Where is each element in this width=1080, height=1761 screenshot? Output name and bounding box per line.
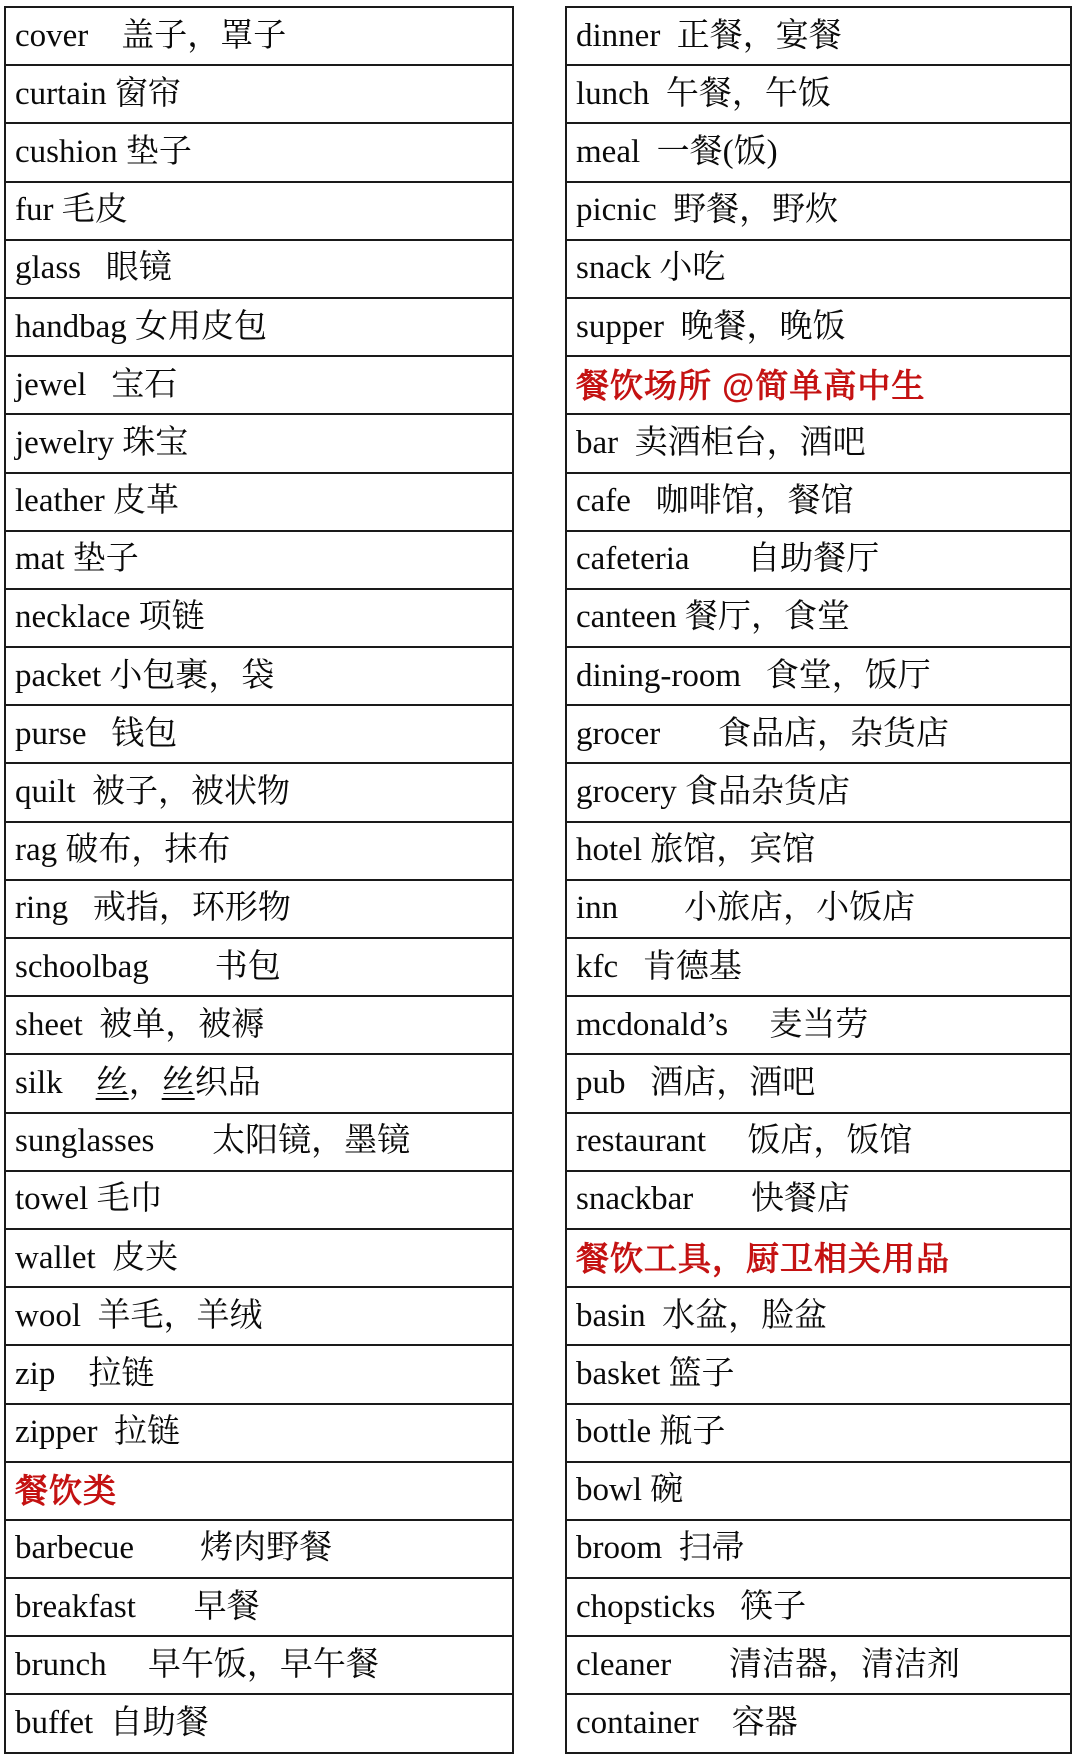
vocab-row: silk 丝，丝织品 xyxy=(6,1055,512,1113)
vocab-row: broom 扫帚 xyxy=(567,1521,1070,1579)
section-header-text: 餐饮类 xyxy=(15,1474,117,1507)
vocab-entry-text: packet 小包裹，袋 xyxy=(15,660,274,693)
vocab-row: cover 盖子，罩子 xyxy=(6,8,512,66)
vocab-entry-text: container 容器 xyxy=(576,1707,798,1740)
vocab-row: sunglasses 太阳镜，墨镜 xyxy=(6,1114,512,1172)
vocab-row: barbecue 烤肉野餐 xyxy=(6,1521,512,1579)
vocab-row: schoolbag 书包 xyxy=(6,939,512,997)
vocab-row: cushion 垫子 xyxy=(6,124,512,182)
vocab-entry-text: basket 篮子 xyxy=(576,1358,735,1391)
vocab-row: jewel 宝石 xyxy=(6,357,512,415)
vocab-entry-text: dining-room 食堂，饭厅 xyxy=(576,660,931,693)
vocab-row: quilt 被子，被状物 xyxy=(6,764,512,822)
vocab-row: grocery 食品杂货店 xyxy=(567,764,1070,822)
vocab-entry-text: leather 皮革 xyxy=(15,485,179,518)
vocab-entry-text: zipper 拉链 xyxy=(15,1416,180,1449)
vocab-row: leather 皮革 xyxy=(6,474,512,532)
vocab-entry-text: ring 戒指，环形物 xyxy=(15,892,291,925)
vocab-row: zipper 拉链 xyxy=(6,1405,512,1463)
vocab-entry-text: cafe 咖啡馆，餐馆 xyxy=(576,485,854,518)
vocab-entry-text: bottle 瓶子 xyxy=(576,1416,725,1449)
vocab-row: dining-room 食堂，饭厅 xyxy=(567,648,1070,706)
vocab-entry-text: cushion 垫子 xyxy=(15,136,192,169)
vocab-row: hotel 旅馆，宾馆 xyxy=(567,823,1070,881)
vocab-entry-text: jewelry 珠宝 xyxy=(15,427,188,460)
vocab-entry-text: glass 眼镜 xyxy=(15,252,172,285)
vocab-row: dinner 正餐，宴餐 xyxy=(567,8,1070,66)
section-header-row: 餐饮场所 @简单高中生 xyxy=(567,357,1070,415)
vocab-row: ring 戒指，环形物 xyxy=(6,881,512,939)
vocab-entry-text: jewel 宝石 xyxy=(15,369,177,402)
vocab-row: zip 拉链 xyxy=(6,1346,512,1404)
vocab-row: towel 毛巾 xyxy=(6,1172,512,1230)
vocab-entry-text: buffet 自助餐 xyxy=(15,1707,209,1740)
vocab-row: fur 毛皮 xyxy=(6,183,512,241)
vocab-entry-text: chopsticks 筷子 xyxy=(576,1591,806,1624)
vocab-entry-text: picnic 野餐，野炊 xyxy=(576,194,838,227)
vocab-row: wallet 皮夹 xyxy=(6,1230,512,1288)
vocab-entry-text: purse 钱包 xyxy=(15,718,177,751)
vocab-entry-text: sheet 被单，被褥 xyxy=(15,1009,264,1042)
vocab-row: inn 小旅店，小饭店 xyxy=(567,881,1070,939)
vocab-row: basin 水盆，脸盆 xyxy=(567,1288,1070,1346)
section-header-text: 餐饮工具，厨卫相关用品 xyxy=(576,1242,950,1275)
vocab-entry-text: grocer 食品店，杂货店 xyxy=(576,718,949,751)
vocab-entry-text: inn 小旅店，小饭店 xyxy=(576,892,915,925)
vocab-entry-text: hotel 旅馆，宾馆 xyxy=(576,834,815,867)
vocab-entry-text: broom 扫帚 xyxy=(576,1532,745,1565)
vocab-row: snack 小吃 xyxy=(567,241,1070,299)
section-header-row: 餐饮类 xyxy=(6,1463,512,1521)
vocab-entry-text: snackbar 快餐店 xyxy=(576,1183,850,1216)
vocab-row: restaurant 饭店，饭馆 xyxy=(567,1114,1070,1172)
vocab-row: snackbar 快餐店 xyxy=(567,1172,1070,1230)
vocab-entry-text: cafeteria 自助餐厅 xyxy=(576,543,879,576)
vocab-entry-text: bowl 碗 xyxy=(576,1474,683,1507)
vocab-row: meal 一餐(饭) xyxy=(567,124,1070,182)
vocab-row: cafe 咖啡馆，餐馆 xyxy=(567,474,1070,532)
vocab-entry-text: kfc 肯德基 xyxy=(576,951,742,984)
vocab-entry-text: towel 毛巾 xyxy=(15,1183,163,1216)
vocab-row: breakfast 早餐 xyxy=(6,1579,512,1637)
vocab-row: purse 钱包 xyxy=(6,706,512,764)
vocab-row: supper 晚餐，晚饭 xyxy=(567,299,1070,357)
vocab-entry-text: cover 盖子，罩子 xyxy=(15,20,286,53)
vocab-row: container 容器 xyxy=(567,1695,1070,1753)
vocab-row: bowl 碗 xyxy=(567,1463,1070,1521)
vocab-entry-text: mat 垫子 xyxy=(15,543,139,576)
vocab-row: canteen 餐厅，食堂 xyxy=(567,590,1070,648)
vocab-entry-text: barbecue 烤肉野餐 xyxy=(15,1532,332,1565)
vocab-entry-text: necklace 项链 xyxy=(15,601,205,634)
vocab-row: sheet 被单，被褥 xyxy=(6,997,512,1055)
vocab-entry-text: meal 一餐(饭) xyxy=(576,136,778,169)
vocab-row: handbag 女用皮包 xyxy=(6,299,512,357)
vocab-row: chopsticks 筷子 xyxy=(567,1579,1070,1637)
vocab-row: basket 篮子 xyxy=(567,1346,1070,1404)
vocab-row: mcdonald’s 麦当劳 xyxy=(567,997,1070,1055)
vocab-entry-text: schoolbag 书包 xyxy=(15,951,281,984)
vocab-row: lunch 午餐，午饭 xyxy=(567,66,1070,124)
underlined-character: 丝 xyxy=(96,1065,129,1101)
vocab-entry-text: wool 羊毛，羊绒 xyxy=(15,1300,263,1333)
vocab-entry-text: snack 小吃 xyxy=(576,252,725,285)
vocab-entry-text: curtain 窗帘 xyxy=(15,78,181,111)
vocab-entry-text: brunch 早午饭，早午餐 xyxy=(15,1649,379,1682)
vocab-entry-text: pub 酒店，酒吧 xyxy=(576,1067,815,1100)
vocab-row: rag 破布，抹布 xyxy=(6,823,512,881)
vocab-row: cleaner 清洁器，清洁剂 xyxy=(567,1637,1070,1695)
vocab-entry-text: breakfast 早餐 xyxy=(15,1591,260,1624)
vocab-row: brunch 早午饭，早午餐 xyxy=(6,1637,512,1695)
vocab-entry-text: sunglasses 太阳镜，墨镜 xyxy=(15,1125,410,1158)
vocab-entry-text: canteen 餐厅，食堂 xyxy=(576,601,850,634)
vocab-row: picnic 野餐，野炊 xyxy=(567,183,1070,241)
vocab-row: wool 羊毛，羊绒 xyxy=(6,1288,512,1346)
vocab-entry-text: quilt 被子，被状物 xyxy=(15,776,290,809)
vocab-entry-text: supper 晚餐，晚饭 xyxy=(576,311,845,344)
vocab-row: curtain 窗帘 xyxy=(6,66,512,124)
vocab-entry-text: zip 拉链 xyxy=(15,1358,154,1391)
left-vocab-table: cover 盖子，罩子curtain 窗帘cushion 垫子fur 毛皮gla… xyxy=(4,6,514,1754)
vocab-row: kfc 肯德基 xyxy=(567,939,1070,997)
vocab-row: jewelry 珠宝 xyxy=(6,415,512,473)
section-header-row: 餐饮工具，厨卫相关用品 xyxy=(567,1230,1070,1288)
vocab-entry-text: dinner 正餐，宴餐 xyxy=(576,20,842,53)
right-vocab-table: dinner 正餐，宴餐lunch 午餐，午饭meal 一餐(饭)picnic … xyxy=(565,6,1072,1754)
vocab-entry-text: bar 卖酒柜台，酒吧 xyxy=(576,427,866,460)
vocab-entry-text: fur 毛皮 xyxy=(15,194,128,227)
section-header-text: 餐饮场所 @简单高中生 xyxy=(576,369,925,402)
vocab-entry-text: cleaner 清洁器，清洁剂 xyxy=(576,1649,960,1682)
vocab-entry-text: basin 水盆，脸盆 xyxy=(576,1300,827,1333)
vocab-row: buffet 自助餐 xyxy=(6,1695,512,1753)
vocab-row: mat 垫子 xyxy=(6,532,512,590)
vocab-row: necklace 项链 xyxy=(6,590,512,648)
vocab-entry-text: lunch 午餐，午饭 xyxy=(576,78,831,111)
vocab-entry-text: grocery 食品杂货店 xyxy=(576,776,850,809)
vocab-row: cafeteria 自助餐厅 xyxy=(567,532,1070,590)
vocab-row: bottle 瓶子 xyxy=(567,1405,1070,1463)
vocab-entry-text: silk 丝，丝织品 xyxy=(15,1067,261,1100)
vocab-row: packet 小包裹，袋 xyxy=(6,648,512,706)
vocab-row: glass 眼镜 xyxy=(6,241,512,299)
vocab-entry-text: handbag 女用皮包 xyxy=(15,311,267,344)
vocab-entry-text: wallet 皮夹 xyxy=(15,1242,178,1275)
vocab-entry-text: mcdonald’s 麦当劳 xyxy=(576,1009,868,1042)
vocab-entry-text: restaurant 饭店，饭馆 xyxy=(576,1125,912,1158)
vocab-row: grocer 食品店，杂货店 xyxy=(567,706,1070,764)
vocab-row: pub 酒店，酒吧 xyxy=(567,1055,1070,1113)
vocab-entry-text: rag 破布，抹布 xyxy=(15,834,230,867)
vocab-row: bar 卖酒柜台，酒吧 xyxy=(567,415,1070,473)
underlined-character: 丝 xyxy=(162,1065,195,1101)
